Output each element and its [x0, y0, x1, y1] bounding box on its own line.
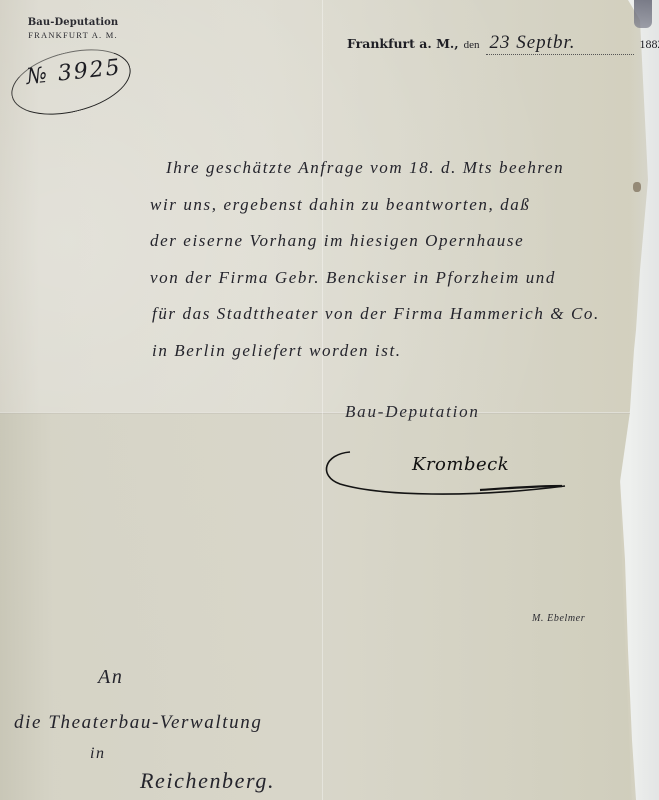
initials-note: M. Ebelmer [532, 613, 585, 624]
signature-name: Krombeck [412, 454, 509, 475]
signature: Krombeck [320, 446, 570, 506]
document-scan: Bau-Deputation FRANKFURT A. M. № 3925 Fr… [0, 0, 659, 800]
body-line: wir uns, ergebenst dahin zu beantworten,… [150, 187, 628, 224]
address-recipient: die Theaterbau-Verwaltung [14, 712, 262, 734]
signoff: Bau-Deputation [345, 402, 480, 422]
body-line: für das Stadttheater von der Firma Hamme… [152, 296, 628, 333]
address-preposition: in [90, 745, 106, 763]
letterhead-department: Bau-Deputation [18, 17, 128, 29]
vertical-fold-line [322, 0, 323, 800]
background-edge [629, 0, 659, 800]
paper-tear-mark [633, 182, 641, 192]
address-city: Reichenberg. [140, 768, 275, 794]
body-line: Ihre geschätzte Anfrage vom 18. d. Mts b… [158, 150, 628, 187]
address-salutation: An [98, 666, 123, 689]
letterhead-city: FRANKFURT A. M. [18, 29, 128, 41]
letterhead: Bau-Deputation FRANKFURT A. M. [18, 17, 128, 41]
dateline-year: 1882. [640, 37, 659, 52]
horizontal-fold-line [0, 412, 630, 414]
dateline-handwritten-date: 23 Septbr. [486, 32, 634, 55]
body-line: in Berlin geliefert worden ist. [152, 333, 628, 370]
body-line: von der Firma Gebr. Benckiser in Pforzhe… [150, 260, 628, 297]
body-line: der eiserne Vorhang im hiesigen Opernhau… [150, 223, 628, 260]
dateline: Frankfurt a. M., den 23 Septbr. 1882. [347, 32, 659, 55]
letter-body: Ihre geschätzte Anfrage vom 18. d. Mts b… [158, 150, 628, 369]
corner-binding-mark [634, 0, 652, 28]
dateline-city: Frankfurt a. M., [347, 36, 459, 51]
dateline-den: den [464, 39, 480, 51]
